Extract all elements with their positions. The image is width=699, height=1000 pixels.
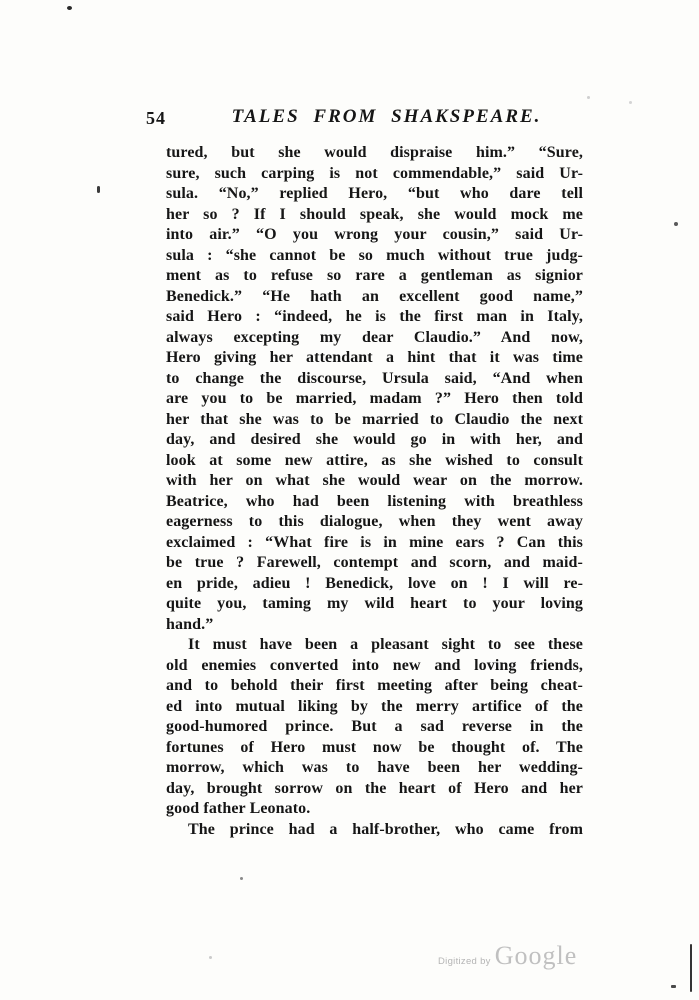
google-logo: Google [495, 941, 578, 970]
text-line: Beatrice, who had been listening with br… [166, 492, 583, 513]
text-line: sula. “No,” replied Hero, “but who dare … [166, 184, 583, 205]
ink-speck [671, 985, 676, 988]
text-line: good-humored prince. But a sad reverse i… [166, 717, 583, 738]
running-title: TALES FROM SHAKSPEARE. [178, 106, 595, 128]
ink-speck [97, 186, 100, 193]
text-line: her so ? If I should speak, she would mo… [166, 205, 583, 226]
page-number: 54 [146, 108, 166, 129]
body-text: tured, but she would dispraise him.” “Su… [166, 143, 583, 840]
text-line: good father Leonato. [166, 799, 583, 820]
text-line: The prince had a half-brother, who came … [166, 820, 583, 841]
text-line: Benedick.” “He hath an excellent good na… [166, 287, 583, 308]
text-line: into air.” “O you wrong your cousin,” sa… [166, 225, 583, 246]
text-line: ed into mutual liking by the merry artif… [166, 697, 583, 718]
text-line: sure, such carping is not commendable,” … [166, 164, 583, 185]
text-line: Hero giving her attendant a hint that it… [166, 348, 583, 369]
scan-artifact [629, 101, 632, 104]
text-line: always excepting my dear Claudio.” And n… [166, 328, 583, 349]
text-line: hand.” [166, 615, 583, 636]
ink-speck [674, 222, 678, 226]
text-line: quite you, taming my wild heart to your … [166, 594, 583, 615]
text-line: exclaimed : “What fire is in mine ears ?… [166, 533, 583, 554]
text-line: be true ? Farewell, contempt and scorn, … [166, 553, 583, 574]
text-line: morrow, which was to have been her weddi… [166, 758, 583, 779]
text-line: sula : “she cannot be so much without tr… [166, 246, 583, 267]
text-line: said Hero : “indeed, he is the first man… [166, 307, 583, 328]
ink-speck [240, 877, 243, 880]
text-line: with her on what she would wear on the m… [166, 471, 583, 492]
text-line: are you to be married, madam ?” Hero the… [166, 389, 583, 410]
text-line: ment as to refuse so rare a gentleman as… [166, 266, 583, 287]
text-line: eagerness to this dialogue, when they we… [166, 512, 583, 533]
text-line: fortunes of Hero must now be thought of.… [166, 738, 583, 759]
ink-speck [67, 6, 72, 10]
scan-artifact [587, 96, 590, 99]
book-page: 54 TALES FROM SHAKSPEARE. tured, but she… [0, 0, 699, 1000]
text-line: old enemies converted into new and lovin… [166, 656, 583, 677]
text-line: tured, but she would dispraise him.” “Su… [166, 143, 583, 164]
text-line: It must have been a pleasant sight to se… [166, 635, 583, 656]
page-edge-mark [690, 944, 692, 992]
text-line: day, and desired she would go in with he… [166, 430, 583, 451]
text-line: look at some new attire, as she wished t… [166, 451, 583, 472]
text-line: to change the discourse, Ursula said, “A… [166, 369, 583, 390]
text-line: her that she was to be married to Claudi… [166, 410, 583, 431]
text-line: and to behold their first meeting after … [166, 676, 583, 697]
text-line: en pride, adieu ! Benedick, love on ! I … [166, 574, 583, 595]
text-line: day, brought sorrow on the heart of Hero… [166, 779, 583, 800]
scan-artifact [209, 956, 212, 959]
watermark: Digitized byGoogle [438, 941, 577, 971]
watermark-prefix: Digitized by [438, 956, 491, 967]
